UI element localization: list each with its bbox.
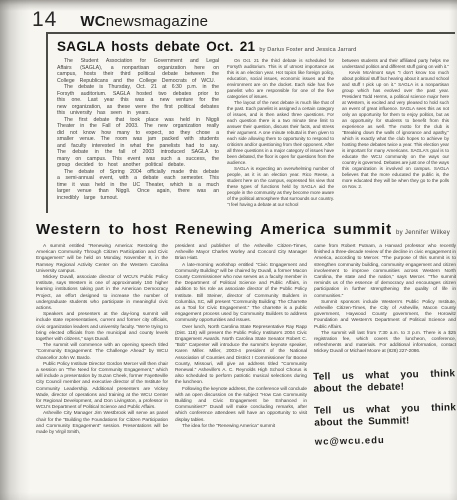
article-renewing-america-summit: Western to host Renewing America summitb… [36,221,456,444]
masthead: WCnewsmagazine [80,13,208,30]
paragraph: president and publisher of the Asheville… [175,244,307,263]
feedback-promo: Tell us what you think about the debate!… [313,368,457,446]
paragraph: A late-morning workshop entitled "Civic … [175,263,307,325]
paragraph: The debate of Spring 2004 officially mad… [57,169,219,202]
paragraph: The Student Association for Government a… [57,58,219,84]
paragraph: between students and their affiliated pa… [342,58,449,70]
paragraph: The layout of the next debate is much li… [227,100,334,166]
paragraph: Kevin McAlmont says "I don't know too mu… [342,70,449,190]
article2-column-3: came from Robert Putnam, a Harvard profe… [314,244,456,444]
paragraph: The summit will last from 7:30 a.m. to 3… [314,331,456,356]
paragraph: Summit sponsors include Western's Public… [314,300,456,331]
paragraph: A summit entitled "Renewing America: Res… [36,244,168,275]
paragraph: Asheville City Manager Jim Westbrook wil… [36,411,168,436]
paragraph: Over lunch, North Carolina State Represe… [175,325,307,387]
paragraph: The first debate that took place was hel… [57,117,219,169]
article2-column-3-text: came from Robert Putnam, a Harvard profe… [314,244,456,356]
paragraph: SAGLA is expecting an overwhelming numbe… [227,166,334,208]
masthead-newsmagazine: newsmagazine [106,13,208,30]
article2-byline: by Jennifer Wilkey [396,230,450,236]
article1-column-1: The Student Association for Government a… [57,58,219,208]
article1-column-3: between students and their affiliated pa… [342,58,449,208]
article-sagla-debate: SAGLA hosts debate Oct. 21by Darius Fost… [46,32,455,213]
article2-title-text: Western to host Renewing America summit [36,221,392,238]
article1-column-2: On Oct. 21 the third debate is scheduled… [227,58,334,208]
scanned-magazine-page: 14 WCnewsmagazine SAGLA hosts debate Oct… [0,0,457,500]
paragraph: Public Policy Institute Director Gordon … [36,362,168,412]
article2-columns: A summit entitled "Renewing America: Res… [36,244,456,444]
article1-headline: SAGLA hosts debate Oct. 21by Darius Fost… [57,39,449,54]
paragraph: Speakers and presenters at the day-long … [36,312,168,343]
article2-headline: Western to host Renewing America summitb… [36,221,456,238]
article2-column-1: A summit entitled "Renewing America: Res… [36,244,168,444]
paragraph: On Oct. 21 the third debate is scheduled… [227,58,334,100]
article1-columns: The Student Association for Government a… [57,58,449,208]
promo-summit-line: Tell us what you think about the Summit! [314,402,457,429]
article1-title-text: SAGLA hosts debate Oct. 21 [57,39,255,54]
page-header: 14 WCnewsmagazine [32,8,208,32]
contact-email: wc@wcu.edu [315,436,457,446]
article1-byline: by Darius Foster and Jessica Jarrard [259,47,356,53]
masthead-wc: WC [80,13,105,30]
promo-debate-line: Tell us what you think about the debate! [313,368,456,395]
paragraph: came from Robert Putnam, a Harvard profe… [314,244,456,300]
paragraph: The debate is Thursday, Oct. 21 at 6:30 … [57,84,219,117]
paragraph: Mickey Duvall, associate director of WCU… [36,275,168,312]
article2-column-2: president and publisher of the Asheville… [175,244,307,444]
paragraph: The summit will commence with an opening… [36,343,168,362]
page-number: 14 [32,8,57,32]
paragraph: Following the keynote address, the confe… [175,387,307,424]
paragraph: The idea for the "Renewing America" summ… [175,424,307,430]
